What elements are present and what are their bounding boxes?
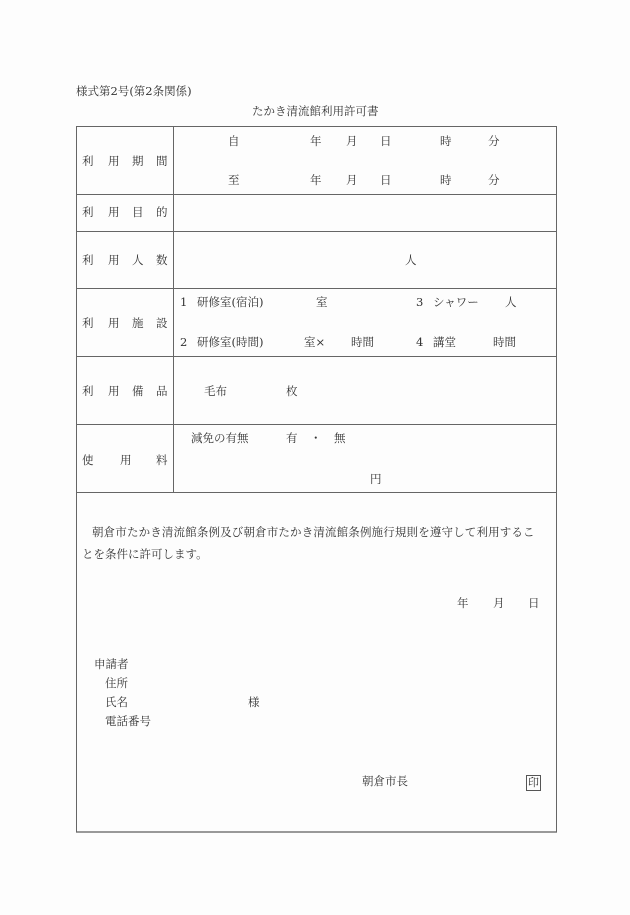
label-char: 目 — [132, 207, 144, 219]
permit-text-line-1: 朝倉市たかき清流館条例及び朝倉市たかき清流館条例施行規則を遵守して利用するこ — [92, 527, 535, 539]
to-minute-unit: 分 — [488, 175, 500, 187]
permit-date-day: 日 — [528, 598, 540, 610]
applicant-heading: 申請者 — [94, 659, 129, 671]
label-char: 用 — [120, 455, 132, 467]
label-char: 利 — [82, 156, 94, 168]
row-divider — [76, 194, 557, 195]
facility-3-name: シャワー — [433, 297, 479, 309]
label-char: 的 — [156, 207, 168, 219]
reduction-separator: ・ — [310, 433, 322, 445]
applicant-phone-label: 電話番号 — [105, 716, 151, 728]
seal-mark: 印 — [526, 775, 541, 791]
permit-text-line-2: とを条件に許可します。 — [82, 549, 208, 561]
to-year-unit: 年 — [310, 175, 322, 187]
document-title: たかき清流館利用許可書 — [252, 106, 379, 118]
label-char: 品 — [156, 386, 168, 398]
to-month-unit: 月 — [346, 175, 358, 187]
table-border-bottom — [76, 831, 557, 833]
row-divider — [76, 288, 557, 289]
label-char: 期 — [132, 156, 144, 168]
form-number: 様式第2号(第2条関係) — [76, 86, 192, 98]
to-day-unit: 日 — [380, 175, 392, 187]
applicant-name-label: 氏名 — [105, 697, 128, 709]
label-char: 数 — [156, 255, 168, 267]
from-prefix: 自 — [228, 136, 240, 148]
label-char: 使 — [82, 455, 94, 467]
from-hour-unit: 時 — [440, 136, 452, 148]
row-divider — [76, 492, 557, 493]
facility-4-name: 講堂 — [433, 337, 456, 349]
label-char: 用 — [108, 255, 120, 267]
label-char: 用 — [108, 207, 120, 219]
row-divider — [76, 424, 557, 425]
facility-1-number: 1 — [180, 297, 187, 309]
to-hour-unit: 時 — [440, 175, 452, 187]
label-char: 設 — [156, 318, 168, 330]
from-month-unit: 月 — [346, 136, 358, 148]
equipment-blanket: 毛布 — [204, 386, 227, 398]
label-char: 人 — [132, 255, 144, 267]
table-border-left — [76, 126, 77, 832]
facility-4-unit: 時間 — [493, 337, 516, 349]
from-minute-unit: 分 — [488, 136, 500, 148]
label-char: 用 — [108, 318, 120, 330]
reduction-yes-option[interactable]: 有 — [286, 433, 298, 445]
facility-2-name: 研修室(時間) — [197, 337, 263, 349]
persons-unit: 人 — [405, 255, 417, 267]
facility-2-number: 2 — [180, 337, 187, 349]
label-char: 利 — [82, 318, 94, 330]
row-divider — [76, 356, 557, 357]
label-char: 備 — [132, 386, 144, 398]
label-char: 間 — [156, 156, 168, 168]
from-year-unit: 年 — [310, 136, 322, 148]
facility-4-number: 4 — [416, 337, 423, 349]
from-day-unit: 日 — [380, 136, 392, 148]
facility-1-unit: 室 — [316, 297, 328, 309]
facility-3-number: 3 — [416, 297, 423, 309]
label-column-divider — [173, 126, 174, 493]
label-char: 用 — [108, 156, 120, 168]
label-char: 利 — [82, 386, 94, 398]
label-char: 施 — [132, 318, 144, 330]
issuer-title: 朝倉市長 — [362, 776, 408, 788]
table-border-top — [76, 126, 557, 127]
table-border-right — [556, 126, 557, 832]
row-divider — [76, 231, 557, 232]
label-char: 利 — [82, 255, 94, 267]
applicant-address-label: 住所 — [105, 678, 128, 690]
facility-2-unit-hours: 時間 — [351, 337, 374, 349]
to-prefix: 至 — [228, 175, 240, 187]
permit-date-year: 年 — [457, 598, 469, 610]
label-char: 用 — [108, 386, 120, 398]
fee-currency: 円 — [370, 474, 382, 486]
applicant-honorific: 様 — [248, 697, 260, 709]
reduction-label: 減免の有無 — [191, 433, 249, 445]
equipment-unit: 枚 — [286, 386, 298, 398]
reduction-no-option[interactable]: 無 — [334, 433, 346, 445]
facility-2-unit-rooms: 室× — [304, 337, 325, 349]
facility-1-name: 研修室(宿泊) — [197, 297, 263, 309]
label-char: 利 — [82, 207, 94, 219]
facility-3-unit: 人 — [505, 297, 517, 309]
permit-date-month: 月 — [493, 598, 505, 610]
label-char: 料 — [156, 455, 168, 467]
